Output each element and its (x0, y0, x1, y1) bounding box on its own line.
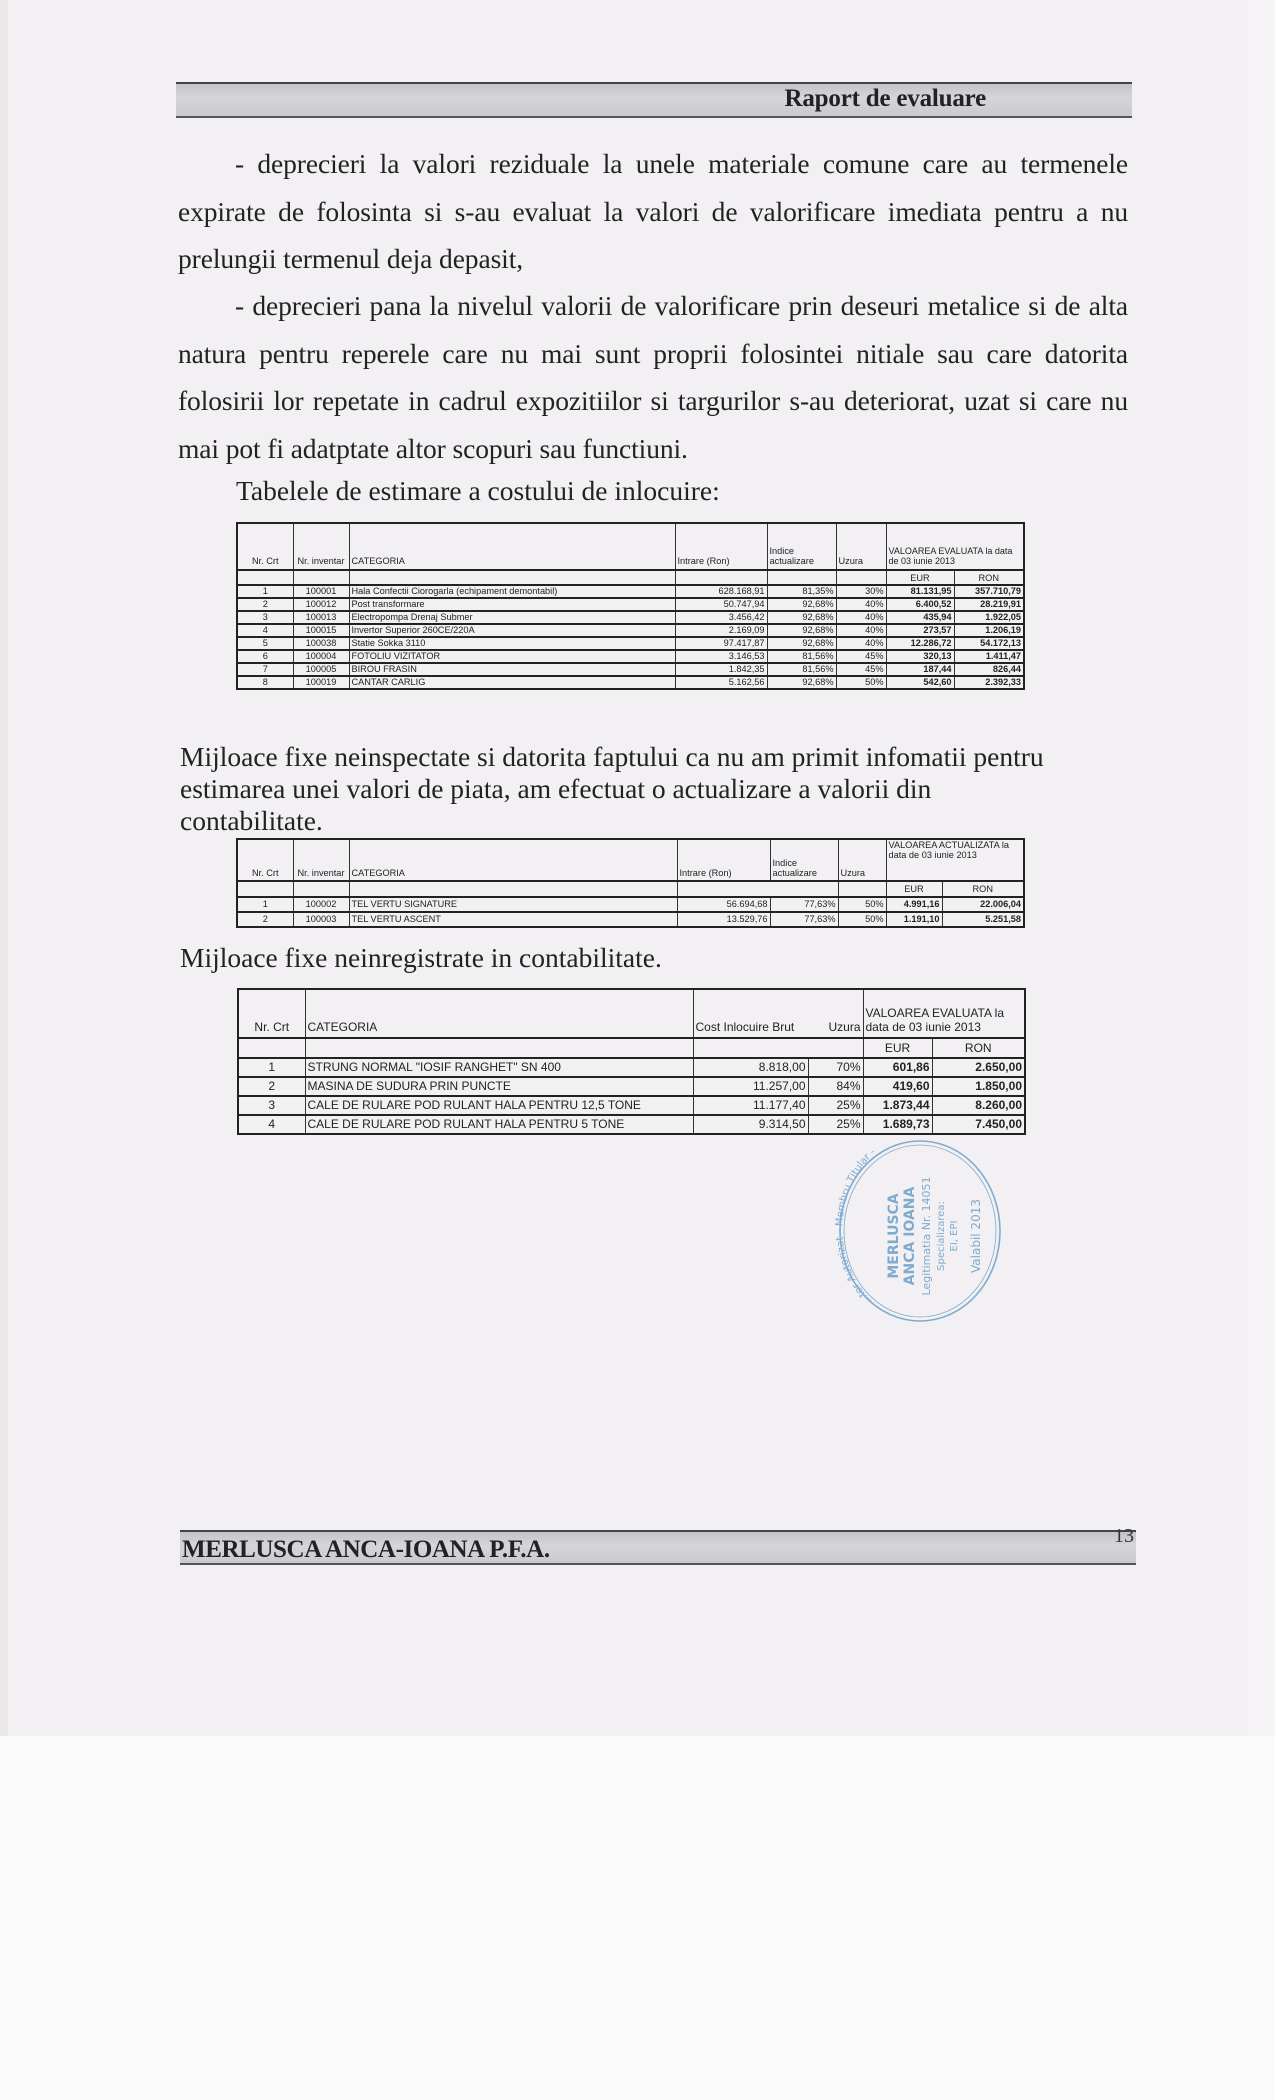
header-eur: EUR (886, 570, 954, 585)
cell-eur: 419,60 (863, 1077, 932, 1096)
footer-firm-name: MERLUSCA ANCA-IOANA P.F.A. (182, 1536, 550, 1564)
cell-ron: 1.206,19 (954, 624, 1024, 637)
paragraph-deprecieri-2: - deprecieri pana la nivelul valorii de … (178, 282, 1128, 472)
cell-nr-crt: 7 (237, 663, 293, 676)
stamp-spec-value: EI, EPI (949, 1221, 960, 1252)
scan-edge-left (0, 0, 8, 1736)
cell-nr-inventar: 100038 (293, 637, 349, 650)
cell-eur: 6.400,52 (886, 598, 954, 611)
cell-eur: 435,94 (886, 611, 954, 624)
cell-uzura: 40% (836, 624, 886, 637)
table-header-row: Nr. Crt CATEGORIA Cost Inlocuire Brut Uz… (238, 989, 1025, 1038)
paragraph-neinregistrate: Mijloace fixe neinregistrate in contabil… (180, 942, 662, 974)
cell-indice: 81,35% (767, 585, 836, 598)
header-cost: Cost Inlocuire Brut (693, 989, 808, 1038)
cell-eur: 1.873,44 (863, 1096, 932, 1115)
header-valoarea: VALOAREA ACTUALIZATA la data de 03 iunie… (886, 839, 1024, 881)
cell-eur: 320,13 (886, 650, 954, 663)
page-number: 13 (1114, 1525, 1134, 1548)
cell-intrare: 13.529,76 (677, 912, 770, 927)
cell-categoria: FOTOLIU VIZITATOR (349, 650, 675, 663)
cell-uzura: 25% (808, 1115, 863, 1134)
table-row: 1STRUNG NORMAL "IOSIF RANGHET" SN 4008.8… (238, 1058, 1025, 1077)
cell-cost: 9.314,50 (693, 1115, 808, 1134)
cell-categoria: CANTAR CARLIG (349, 676, 675, 689)
table-row: 1100001Hala Confectii Ciorogarla (echipa… (237, 585, 1024, 598)
cell-nr-inventar: 100005 (293, 663, 349, 676)
cell-nr-inventar: 100002 (293, 897, 349, 912)
header-valoarea: VALOAREA EVALUATA la data de 03 iunie 20… (863, 989, 1025, 1038)
stamp-valabil: Valabil 2013 (969, 1199, 983, 1273)
table-row: 4CALE DE RULARE POD RULANT HALA PENTRU 5… (238, 1115, 1025, 1134)
stamp-name-line1: MERLUSCA (886, 1193, 902, 1278)
cell-nr-inventar: 100013 (293, 611, 349, 624)
table-row: 2100012Post transformare50.747,9492,68%4… (237, 598, 1024, 611)
cell-categoria: MASINA DE SUDURA PRIN PUNCTE (305, 1077, 693, 1096)
cell-intrare: 2.169,09 (675, 624, 767, 637)
cell-ron: 8.260,00 (932, 1096, 1025, 1115)
stamp-name-line2: ANCA IOANA (902, 1187, 918, 1286)
table-subheader-row: EUR RON (237, 881, 1024, 897)
cell-indice: 92,68% (767, 637, 836, 650)
cell-eur: 4.991,16 (886, 897, 942, 912)
cell-ron: 2.650,00 (932, 1058, 1025, 1077)
paragraph-neinspectate: Mijloace fixe neinspectate si datorita f… (180, 741, 1080, 837)
cell-uzura: 45% (836, 663, 886, 676)
header-indice: Indice actualizare (767, 523, 836, 570)
cell-ron: 1.922,05 (954, 611, 1024, 624)
table-row: 2MASINA DE SUDURA PRIN PUNCTE11.257,0084… (238, 1077, 1025, 1096)
header-valoarea: VALOAREA EVALUATA la data de 03 iunie 20… (886, 523, 1024, 570)
cell-indice: 77,63% (770, 912, 838, 927)
cell-nr-inventar: 100019 (293, 676, 349, 689)
table-header-row: Nr. Crt Nr. inventar CATEGORIA Intrare (… (237, 839, 1024, 881)
page-header-title: Raport de evaluare (785, 85, 986, 113)
cell-uzura: 40% (836, 637, 886, 650)
table-row: 5100038Statie Sokka 311097.417,8792,68%4… (237, 637, 1024, 650)
updated-value-table: Nr. Crt Nr. inventar CATEGORIA Intrare (… (236, 838, 1025, 928)
cell-nr-crt: 2 (237, 912, 293, 927)
header-categoria: CATEGORIA (349, 839, 677, 881)
cell-ron: 1.411,47 (954, 650, 1024, 663)
page-footer-bar: MERLUSCA ANCA-IOANA P.F.A. (180, 1530, 1136, 1565)
cell-nr-crt: 5 (237, 637, 293, 650)
cell-nr-inventar: 100001 (293, 585, 349, 598)
paragraph-text: - deprecieri la valori reziduale la unel… (178, 148, 1128, 274)
table-row: 6100004FOTOLIU VIZITATOR3.146,5381,56%45… (237, 650, 1024, 663)
unregistered-assets-table: Nr. Crt CATEGORIA Cost Inlocuire Brut Uz… (237, 988, 1026, 1135)
cell-categoria: TEL VERTU ASCENT (349, 912, 677, 927)
cell-categoria: Statie Sokka 3110 (349, 637, 675, 650)
header-nr-inventar: Nr. inventar (293, 523, 349, 570)
cell-nr-crt: 2 (238, 1077, 305, 1096)
stamp-legitimatie: Legitimatia Nr. 14051 (920, 1177, 933, 1296)
cell-uzura: 50% (838, 912, 886, 927)
cell-nr-crt: 3 (237, 611, 293, 624)
cell-uzura: 25% (808, 1096, 863, 1115)
header-nr-crt: Nr. Crt (238, 989, 305, 1038)
cell-intrare: 50.747,94 (675, 598, 767, 611)
table1-caption: Tabelele de estimare a costului de inloc… (236, 475, 720, 507)
cell-ron: 357.710,79 (954, 585, 1024, 598)
cell-cost: 11.257,00 (693, 1077, 808, 1096)
cell-indice: 77,63% (770, 897, 838, 912)
cell-nr-crt: 4 (238, 1115, 305, 1134)
cell-eur: 542,60 (886, 676, 954, 689)
header-ron: RON (942, 881, 1024, 897)
cell-intrare: 1.842,35 (675, 663, 767, 676)
cell-nr-inventar: 100015 (293, 624, 349, 637)
cell-nr-inventar: 100003 (293, 912, 349, 927)
cell-categoria: BIROU FRASIN (349, 663, 675, 676)
cell-ron: 2.392,33 (954, 676, 1024, 689)
cell-indice: 92,68% (767, 611, 836, 624)
header-nr-crt: Nr. Crt (237, 839, 293, 881)
cell-indice: 81,56% (767, 663, 836, 676)
paragraph-deprecieri-1: - deprecieri la valori reziduale la unel… (178, 140, 1128, 283)
scan-edge-right (1248, 0, 1275, 1736)
table-subheader-row: EUR RON (237, 570, 1024, 585)
cell-intrare: 3.456,42 (675, 611, 767, 624)
cell-eur: 1.689,73 (863, 1115, 932, 1134)
header-uzura: Uzura (836, 523, 886, 570)
header-uzura: Uzura (808, 989, 863, 1038)
cell-cost: 11.177,40 (693, 1096, 808, 1115)
header-nr-inventar: Nr. inventar (293, 839, 349, 881)
table-row: 2100003TEL VERTU ASCENT13.529,7677,63%50… (237, 912, 1024, 927)
table-row: 7100005BIROU FRASIN1.842,3581,56%45%187,… (237, 663, 1024, 676)
cell-intrare: 56.694,68 (677, 897, 770, 912)
table-header-row: Nr. Crt Nr. inventar CATEGORIA Intrare (… (237, 523, 1024, 570)
cell-categoria: Post transformare (349, 598, 675, 611)
cell-uzura: 50% (836, 676, 886, 689)
cell-ron: 28.219,91 (954, 598, 1024, 611)
table-subheader-row: EUR RON (238, 1038, 1025, 1058)
page-header-bar: Raport de evaluare (176, 82, 1132, 118)
cell-cost: 8.818,00 (693, 1058, 808, 1077)
cell-indice: 92,68% (767, 624, 836, 637)
cell-indice: 81,56% (767, 650, 836, 663)
cell-intrare: 628.168,91 (675, 585, 767, 598)
cell-uzura: 70% (808, 1058, 863, 1077)
header-nr-crt: Nr. Crt (237, 523, 293, 570)
cell-eur: 187,44 (886, 663, 954, 676)
cell-eur: 12.286,72 (886, 637, 954, 650)
cell-ron: 22.006,04 (942, 897, 1024, 912)
header-ron: RON (954, 570, 1024, 585)
paragraph-text: - deprecieri pana la nivelul valorii de … (178, 290, 1128, 464)
cell-categoria: Electropompa Drenaj Submer (349, 611, 675, 624)
svg-text:...tor Autorizat - Membru Titu: ...tor Autorizat - Membru Titular - (834, 1146, 878, 1306)
table-row: 3CALE DE RULARE POD RULANT HALA PENTRU 1… (238, 1096, 1025, 1115)
cell-uzura: 84% (808, 1077, 863, 1096)
cell-nr-crt: 8 (237, 676, 293, 689)
cell-eur: 1.191,10 (886, 912, 942, 927)
replacement-cost-table: Nr. Crt Nr. inventar CATEGORIA Intrare (… (236, 522, 1025, 690)
cell-nr-crt: 1 (238, 1058, 305, 1077)
header-eur: EUR (863, 1038, 932, 1058)
cell-categoria: CALE DE RULARE POD RULANT HALA PENTRU 5 … (305, 1115, 693, 1134)
header-categoria: CATEGORIA (349, 523, 675, 570)
header-eur: EUR (886, 881, 942, 897)
cell-nr-inventar: 100004 (293, 650, 349, 663)
cell-eur: 601,86 (863, 1058, 932, 1077)
cell-nr-crt: 3 (238, 1096, 305, 1115)
cell-categoria: Invertor Superior 260CE/220A (349, 624, 675, 637)
cell-ron: 54.172,13 (954, 637, 1024, 650)
header-intrare: Intrare (Ron) (675, 523, 767, 570)
cell-categoria: CALE DE RULARE POD RULANT HALA PENTRU 12… (305, 1096, 693, 1115)
cell-nr-inventar: 100012 (293, 598, 349, 611)
cell-uzura: 45% (836, 650, 886, 663)
header-categoria: CATEGORIA (305, 989, 693, 1038)
cell-ron: 1.850,00 (932, 1077, 1025, 1096)
cell-nr-crt: 2 (237, 598, 293, 611)
cell-indice: 92,68% (767, 676, 836, 689)
cell-uzura: 50% (838, 897, 886, 912)
cell-categoria: Hala Confectii Ciorogarla (echipament de… (349, 585, 675, 598)
stamp-outer-text: ...tor Autorizat - Membru Titular - (834, 1146, 878, 1306)
cell-uzura: 30% (836, 585, 886, 598)
cell-nr-crt: 1 (237, 897, 293, 912)
header-uzura: Uzura (838, 839, 886, 881)
cell-nr-crt: 6 (237, 650, 293, 663)
cell-intrare: 5.162,56 (675, 676, 767, 689)
cell-uzura: 40% (836, 611, 886, 624)
cell-ron: 826,44 (954, 663, 1024, 676)
stamp-specializarea: Specializarea: (936, 1201, 947, 1271)
header-indice: Indice actualizare (770, 839, 838, 881)
cell-eur: 273,57 (886, 624, 954, 637)
header-ron: RON (932, 1038, 1025, 1058)
cell-nr-crt: 4 (237, 624, 293, 637)
cell-nr-crt: 1 (237, 585, 293, 598)
cell-eur: 81.131,95 (886, 585, 954, 598)
header-intrare: Intrare (Ron) (677, 839, 770, 881)
cell-indice: 92,68% (767, 598, 836, 611)
cell-categoria: STRUNG NORMAL "IOSIF RANGHET" SN 400 (305, 1058, 693, 1077)
document-page: Raport de evaluare - deprecieri la valor… (0, 0, 1275, 1736)
evaluator-stamp: ...tor Autorizat - Membru Titular - MERL… (832, 1136, 1008, 1326)
cell-categoria: TEL VERTU SIGNATURE (349, 897, 677, 912)
cell-ron: 5.251,58 (942, 912, 1024, 927)
cell-intrare: 3.146,53 (675, 650, 767, 663)
cell-ron: 7.450,00 (932, 1115, 1025, 1134)
table-row: 1100002TEL VERTU SIGNATURE56.694,6877,63… (237, 897, 1024, 912)
table-row: 8100019CANTAR CARLIG5.162,5692,68%50%542… (237, 676, 1024, 689)
table-row: 3100013Electropompa Drenaj Submer3.456,4… (237, 611, 1024, 624)
cell-intrare: 97.417,87 (675, 637, 767, 650)
table-row: 4100015Invertor Superior 260CE/220A2.169… (237, 624, 1024, 637)
cell-uzura: 40% (836, 598, 886, 611)
